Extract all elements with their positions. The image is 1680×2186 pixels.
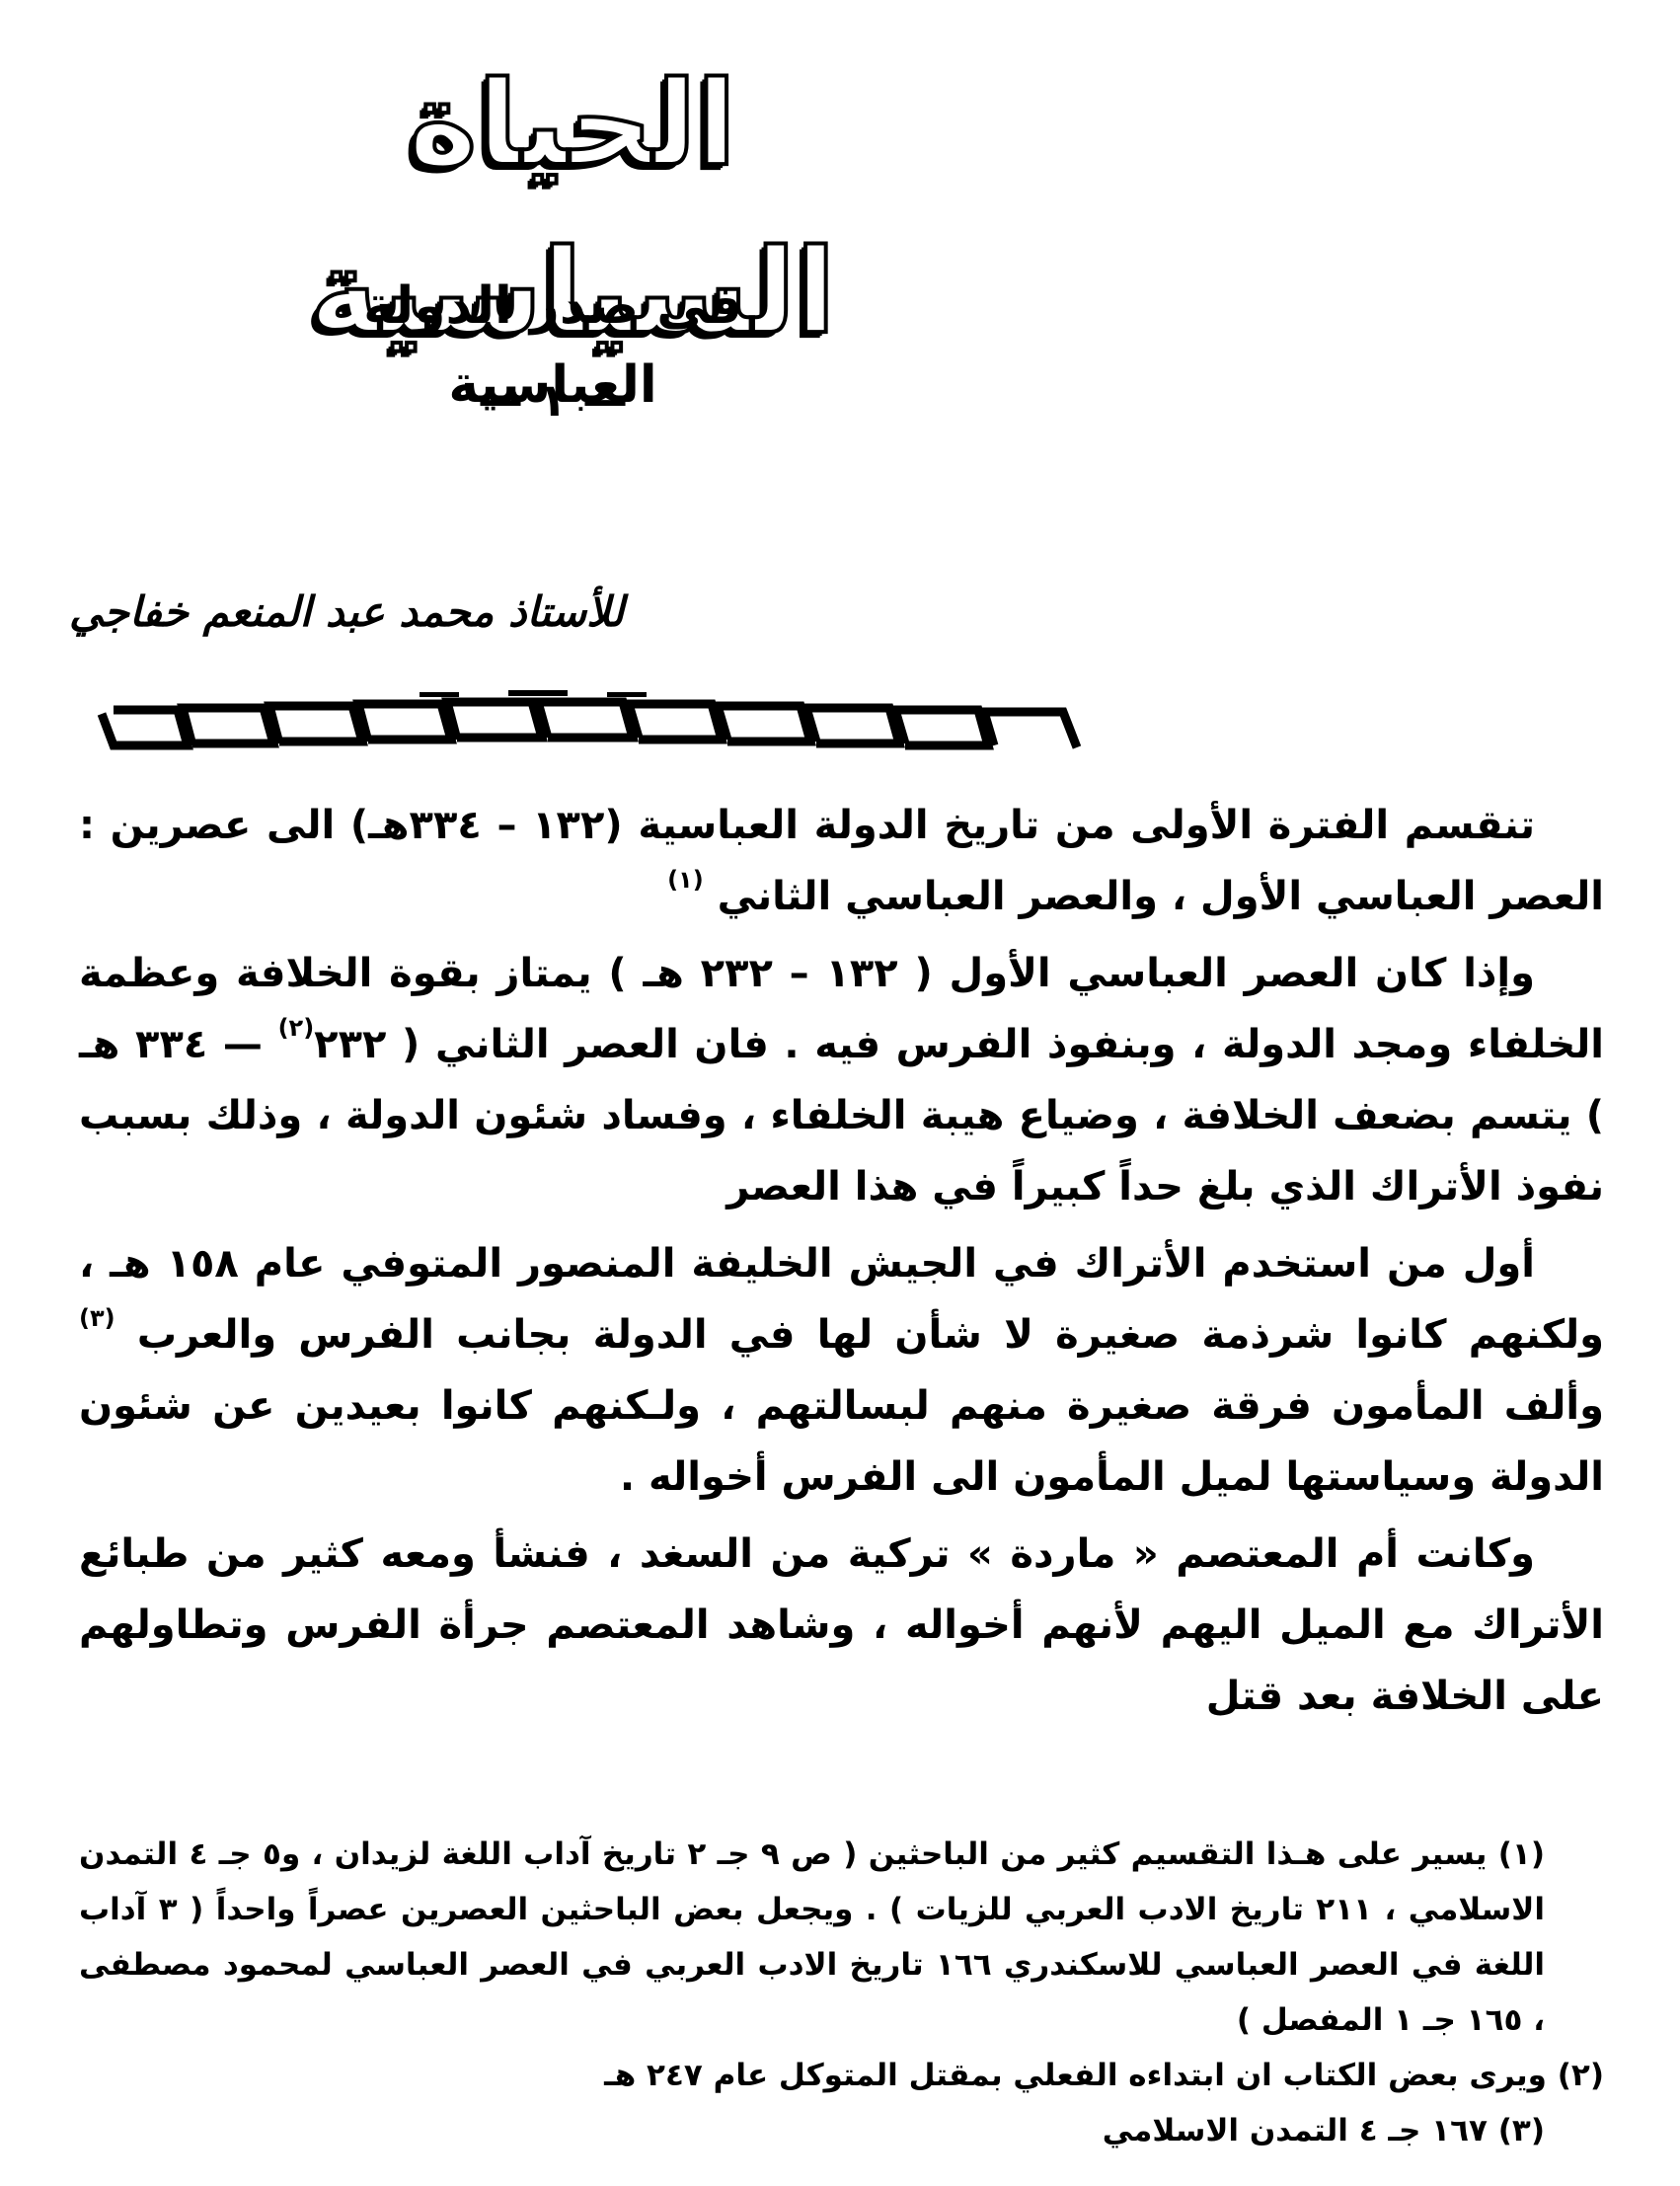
footnote: (٢) ويرى بعض الكتاب ان ابتداءه الفعلي بم…	[79, 2048, 1604, 2103]
footnote-ref[interactable]: (٣)	[79, 1304, 115, 1332]
paragraph-text: أول من استخدم الأتراك في الجيش الخليفة ا…	[79, 1241, 1604, 1358]
paragraph: تنقسم الفترة الأولى من تاريخ الدولة العب…	[79, 790, 1604, 932]
ornamental-divider-icon	[94, 686, 1091, 755]
footnotes: (١) يسير على هـذا التقسيم كثير من الباحث…	[79, 1827, 1604, 2158]
article-title: الحياة السياسية	[197, 39, 948, 227]
footnote-ref[interactable]: (١)	[667, 866, 704, 894]
paragraph: وإذا كان العصر العباسي الأول ( ١٣٢ – ٢٣٢…	[79, 938, 1604, 1222]
footnote: (١) يسير على هـذا التقسيم كثير من الباحث…	[79, 1827, 1604, 2048]
paragraph: وكانت أم المعتصم « ماردة » تركية من السغ…	[79, 1519, 1604, 1732]
article-body: تنقسم الفترة الأولى من تاريخ الدولة العب…	[79, 790, 1604, 1732]
paragraph-text: تنقسم الفترة الأولى من تاريخ الدولة العب…	[79, 803, 1604, 919]
document-page: الحياة السياسية في صدر الدولة العباسية —…	[0, 0, 1680, 2186]
footnote: (٣) ١٦٧ جـ ٤ التمدن الاسلامي	[79, 2103, 1604, 2158]
paragraph-text: وألف المأمون فرقة صغيرة منهم لبسالتهم ، …	[79, 1383, 1604, 1500]
footnote-ref[interactable]: (٢)	[278, 1014, 315, 1042]
paragraph: أول من استخدم الأتراك في الجيش الخليفة ا…	[79, 1228, 1604, 1513]
author-byline: للأستاذ محمد عبد المنعم خفاجي	[69, 578, 651, 647]
author-name: للأستاذ محمد عبد المنعم خفاجي	[69, 578, 624, 647]
paragraph-text: وإذا كان العصر العباسي الأول ( ١٣٢ – ٢٣٢…	[79, 951, 1604, 1067]
part-number: — ١ —	[434, 370, 671, 429]
paragraph-text: وكانت أم المعتصم « ماردة » تركية من السغ…	[79, 1531, 1604, 1719]
